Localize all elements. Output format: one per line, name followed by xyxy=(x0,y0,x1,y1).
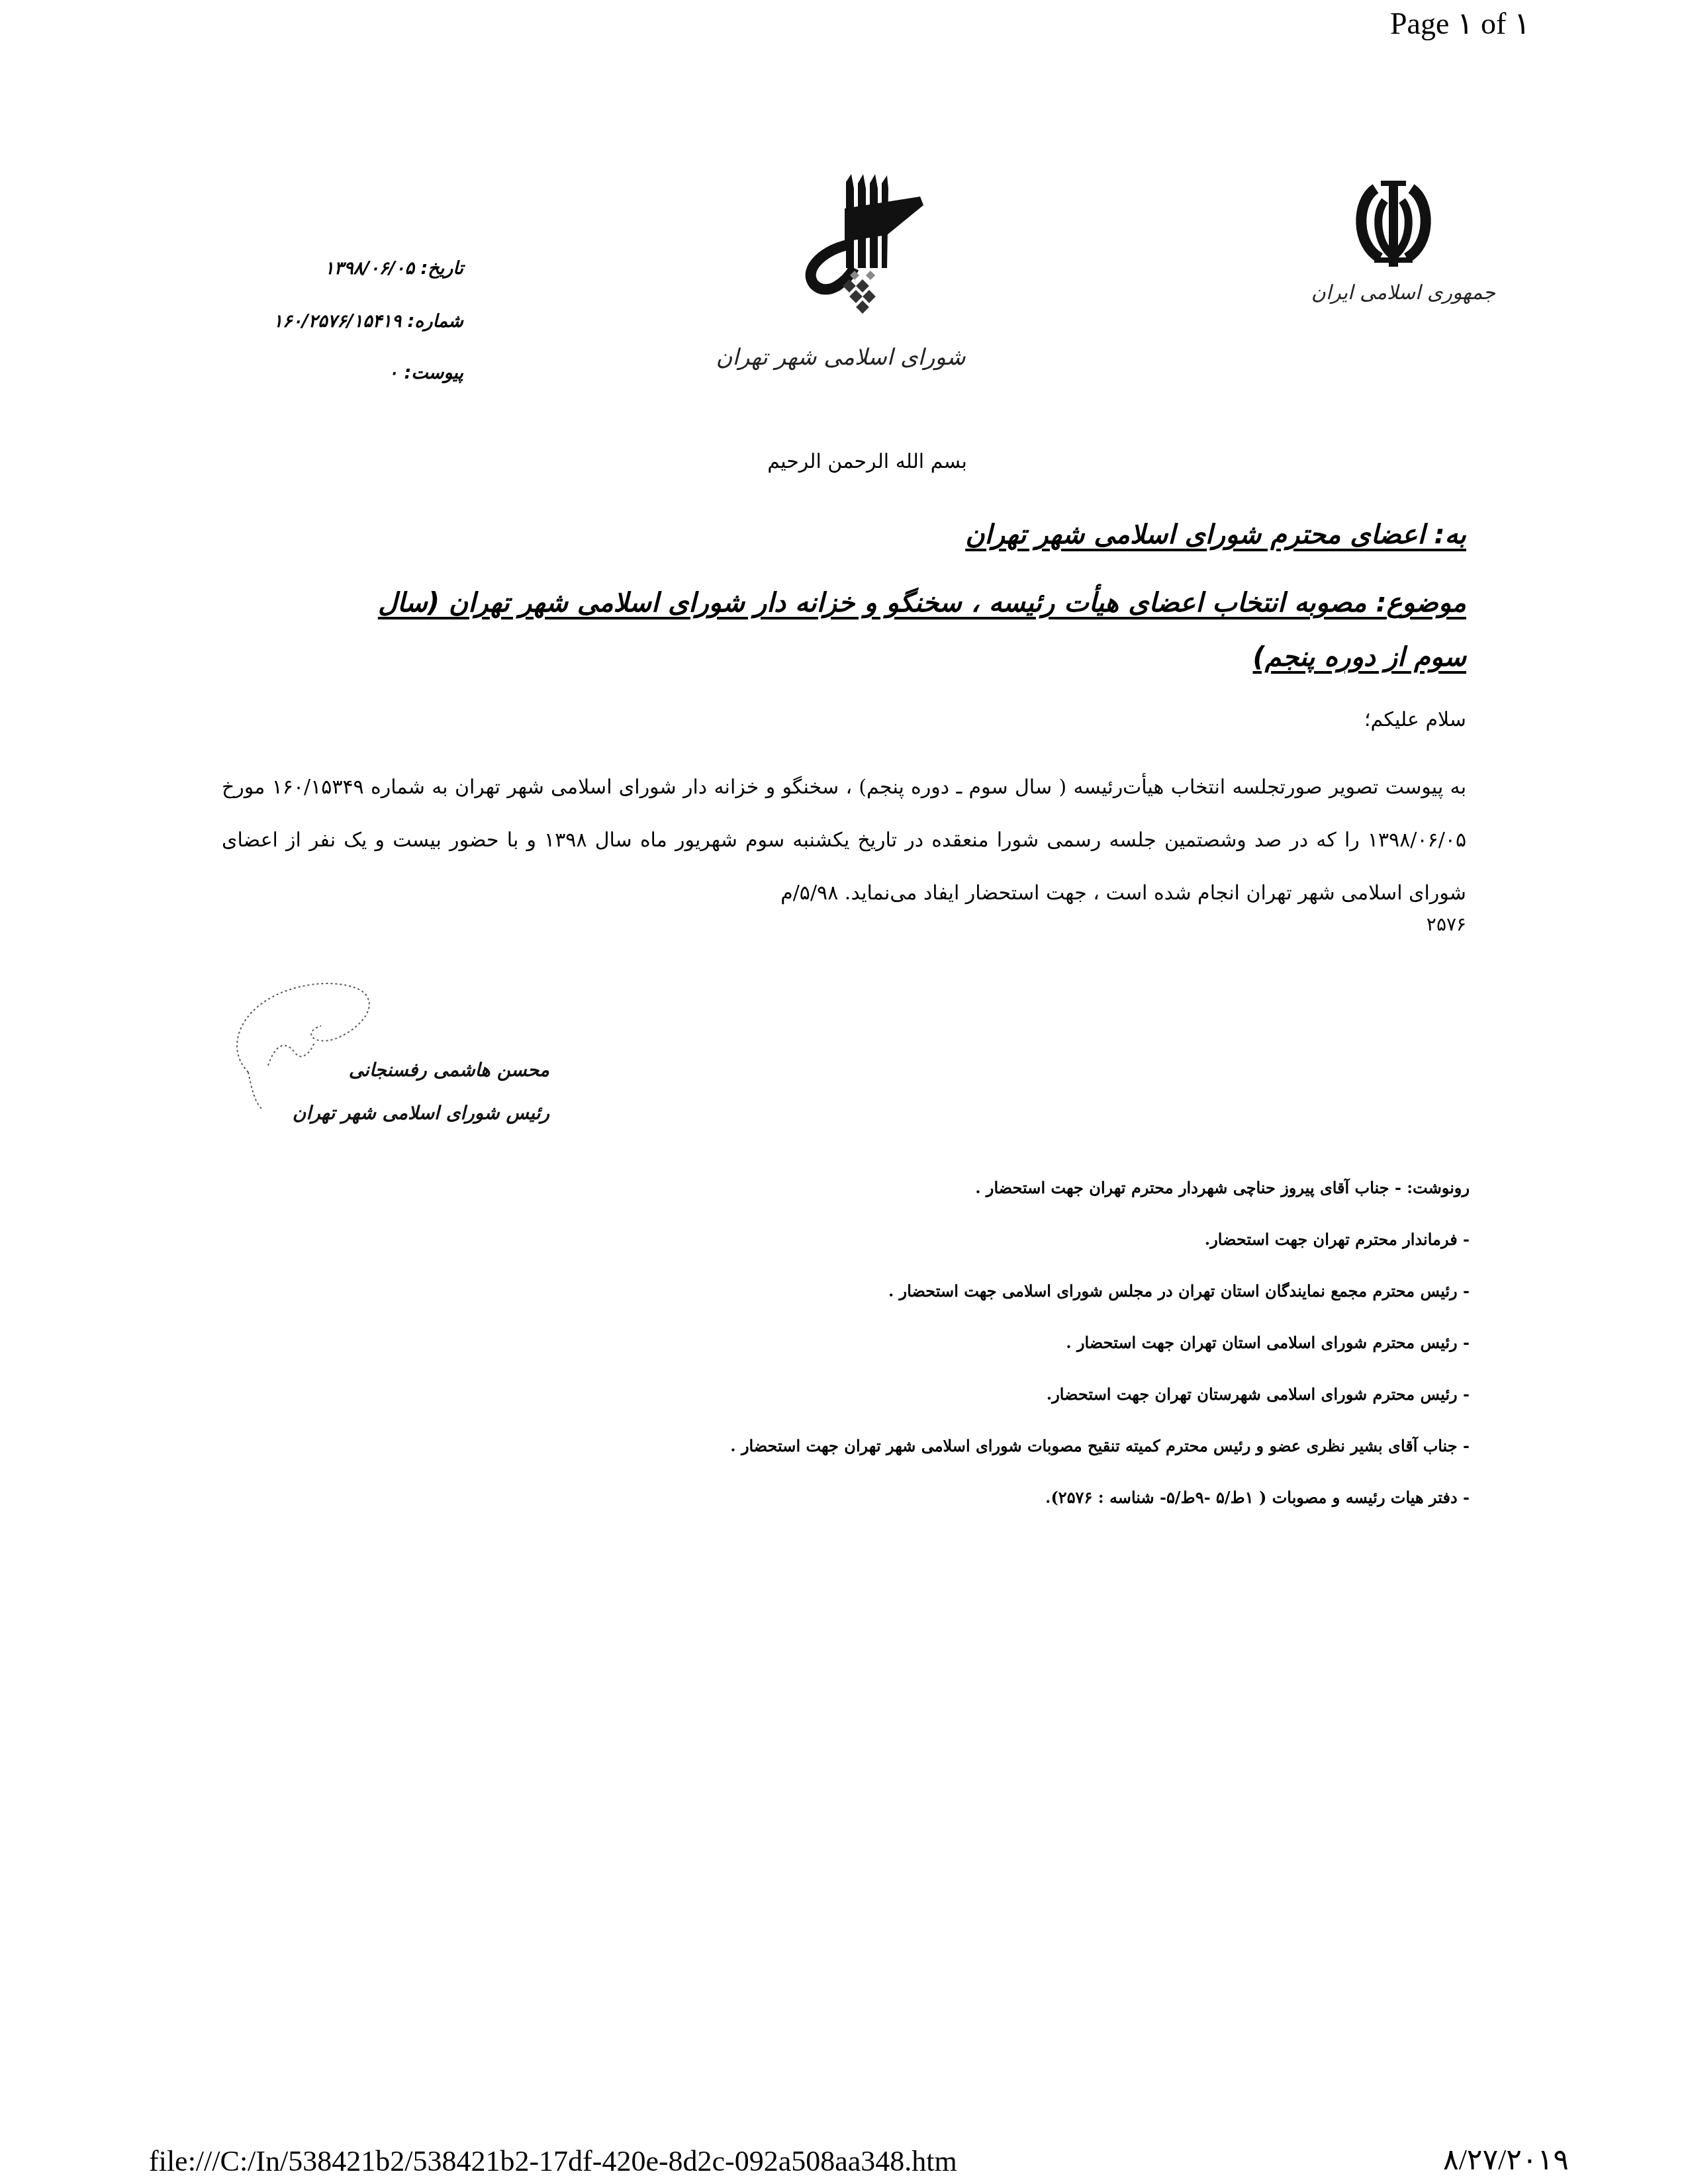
copy-item: - فرماندار محترم تهران جهت استحضار. xyxy=(477,1226,1470,1278)
iran-emblem-icon xyxy=(1344,175,1443,275)
basmala: بسم الله الرحمن الرحیم xyxy=(728,450,1006,473)
recipient-line: به: اعضای محترم شورای اسلامی شهر تهران xyxy=(341,520,1466,550)
letter-date: تاریخ: ۱۳۹۸/۰۶/۰۵ xyxy=(252,258,463,279)
signatory-name: محسن هاشمی رفسنجانی xyxy=(252,1059,549,1081)
copy-item: - جناب آقای بشیر نظری عضو و رئیس محترم ک… xyxy=(477,1433,1470,1484)
letter-number: شماره: ۱۶۰/۲۵۷۶/۱۵۴۱۹ xyxy=(252,311,463,332)
subject-text: موضوع: مصوبه انتخاب اعضای هیأت رئیسه ، س… xyxy=(378,588,1466,672)
council-caption: شورای اسلامی شهر تهران xyxy=(715,344,966,371)
copy-item: - رئیس محترم مجمع نمایندگان استان تهران … xyxy=(477,1278,1470,1330)
letter-attachment: پیوست: ۰ xyxy=(252,363,463,383)
copy-item: - رئیس محترم شورای اسلامی شهرستان تهران … xyxy=(477,1381,1470,1433)
greeting: سلام علیکم؛ xyxy=(1069,708,1466,731)
copy-item: رونوشت: - جناب آقای پیروز حناچی شهردار م… xyxy=(477,1175,1470,1226)
emblem-caption: جمهوری اسلامی ایران xyxy=(1297,281,1509,304)
copies-list: رونوشت: - جناب آقای پیروز حناچی شهردار م… xyxy=(477,1175,1470,1536)
letter-reference: ۲۵۷۶ xyxy=(1334,913,1466,935)
signature-icon xyxy=(222,973,394,1112)
letter-body: به پیوست تصویر صورتجلسه انتخاب هیأت‌رئیس… xyxy=(222,761,1466,920)
file-path-label: file:///C:/In/538421b2/538421b2-17df-420… xyxy=(149,2144,957,2178)
recipient-text: به: اعضای محترم شورای اسلامی شهر تهران xyxy=(965,520,1466,550)
page-number-label: Page ۱ of ۱ xyxy=(1390,5,1530,41)
subject-line: موضوع: مصوبه انتخاب اعضای هیأت رئیسه ، س… xyxy=(341,576,1466,684)
signatory-title: رئیس شورای اسلامی شهر تهران xyxy=(252,1102,549,1124)
copy-item: - رئیس محترم شورای اسلامی استان تهران جه… xyxy=(477,1330,1470,1381)
tehran-council-logo-icon xyxy=(788,169,940,328)
print-date-label: ۸/۲۷/۲۰۱۹ xyxy=(1443,2143,1569,2177)
copy-item: - دفتر هیات رئیسه و مصوبات ( ۱ط/۵ -۹ط/۵-… xyxy=(477,1484,1470,1536)
